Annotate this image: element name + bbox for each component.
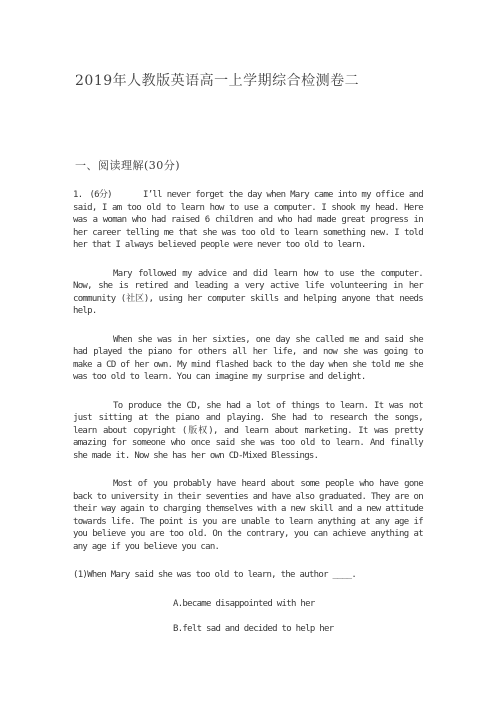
option-a: A.became disappointed with her (173, 598, 423, 611)
question-score: (6分) (89, 190, 111, 200)
page-title: 2019年人教版英语高一上学期综合检测卷二 (75, 73, 359, 90)
passage-paragraph: When she was in her sixties, one day she… (73, 334, 423, 384)
passage-paragraph: 1.(6分)I’ll never forget the day when Mar… (73, 189, 423, 252)
sub-question: (1)When Mary said she was too old to lea… (73, 569, 423, 582)
section-heading: 一、阅读理解(30分) (75, 159, 180, 173)
passage-paragraph: Mary followed my advice and did learn ho… (73, 268, 423, 318)
option-b: B.felt sad and decided to help her (173, 623, 423, 636)
exam-document-page: 2019年人教版英语高一上学期综合检测卷二 一、阅读理解(30分) 1.(6分)… (0, 0, 496, 702)
question-prefix: 1.(6分) (73, 189, 143, 202)
question-number: 1. (73, 190, 82, 200)
passage-paragraph: Most of you probably have heard about so… (73, 478, 423, 553)
reading-passage: 1.(6分)I’ll never forget the day when Mar… (73, 189, 423, 649)
passage-paragraph: To produce the CD, she had a lot of thin… (73, 400, 423, 463)
